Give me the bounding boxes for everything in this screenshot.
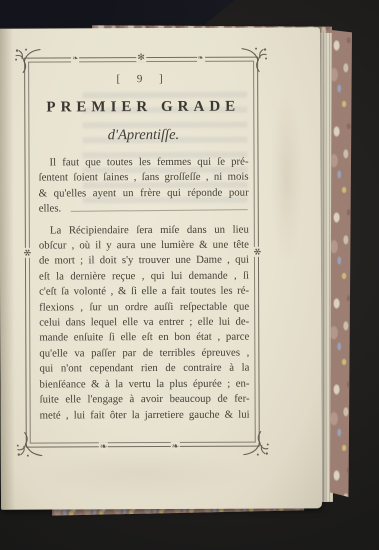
paper-stain [269,87,304,267]
text-line: obſcur , où il y aura une lumière & une … [39,238,249,254]
book-page: ✻ ❧ ❧ ✻ ✻ ❧ ❧ [ 9 ] PREMIER GRADE d'Apre… [0,27,322,509]
text-line: eſt la dernière reçue , qui lui demande … [39,268,249,284]
frame-knot-icon: ✻ [253,247,262,257]
paragraph: La Récipiendaire ſera miſe dans un lieuo… [39,222,250,423]
text-line: bienſéance & à la vertu la plus épurée ;… [39,376,249,392]
frame-knot-icon: ❧ [99,442,109,451]
frame-knot-icon: ❧ [171,442,181,451]
frame-knot-icon: ✻ [22,248,31,258]
text-block: [ 9 ] PREMIER GRADE d'Aprentiſſe. Il fau… [38,73,250,439]
text-line: de mort ; il doit s'y trouver une Dame ,… [39,253,249,269]
text-line: Il faut que toutes les femmes qui ſe pré… [39,155,249,171]
floral-corner-icon [13,46,43,76]
paper-stain [31,448,251,499]
text-line: c'eſt ſa volonté , & ſi elle a fait tout… [39,284,249,300]
text-line: elles. [39,201,249,217]
frame-knot-icon: ❧ [197,54,205,63]
page-title: PREMIER GRADE [38,99,248,117]
floral-corner-icon [239,45,269,75]
ornamental-frame: ✻ ❧ ❧ ✻ ✻ ❧ ❧ [ 9 ] PREMIER GRADE d'Apre… [24,57,260,448]
text-line: qui n'ont cependant rien de contraire à … [39,361,249,377]
text-line: qu'elle va paſſer par de terribles épreu… [39,345,249,361]
text-line: meté , lui fait ôter la jarretiere gauch… [40,407,250,423]
scan-background: ✻ ❧ ❧ ✻ ✻ ❧ ❧ [ 9 ] PREMIER GRADE d'Apre… [0,0,379,550]
frame-knot-icon: ❧ [71,54,79,63]
text-line: & qu'elles ayent un frère qui réponde po… [39,185,249,201]
text-line: flexions , ſur un ordre auſſi reſpectabl… [39,299,249,315]
page-number: [ 9 ] [38,73,248,86]
text-line: celui dans lequel elle va entrer ; elle … [39,315,249,331]
marbled-edge-right [330,30,352,497]
paragraph: Il faut que toutes les femmes qui ſe pré… [39,155,249,218]
text-line: ſentent ſoient ſaines , ſans groſſeſſe ,… [39,170,249,186]
text-line: mande enſuite ſi elle eſt en bon état , … [39,330,249,346]
book-cover-corner [0,0,235,27]
text-line: La Récipiendaire ſera miſe dans un lieu [39,222,249,238]
page-subtitle: d'Aprentiſſe. [38,127,248,145]
text-line: ſuite elle l'engage à avoir beaucoup de … [40,392,250,408]
gutter-shadow [0,29,15,510]
frame-knot-icon: ✻ [136,53,146,62]
